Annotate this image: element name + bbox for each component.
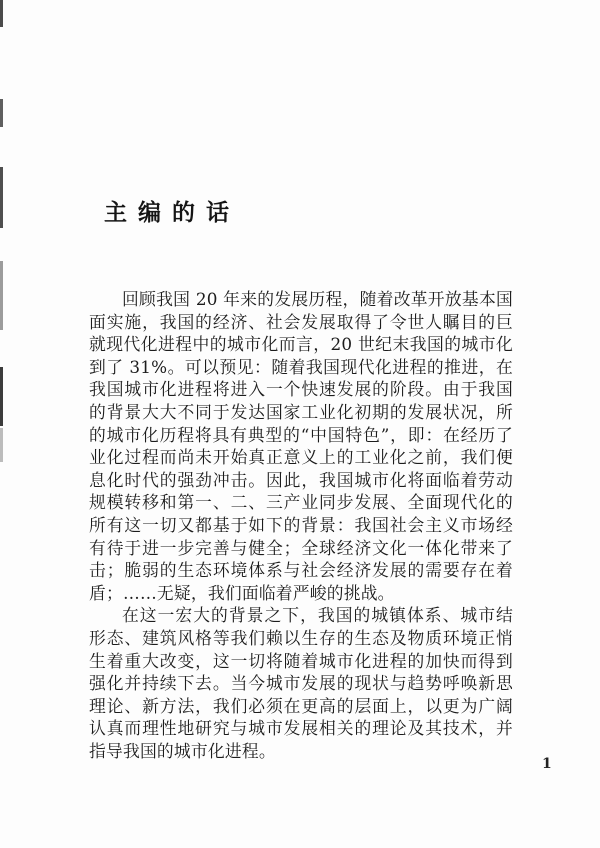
text-line: 有待于进一步完善与健全；全球经济文化一体化带来了巨大冲 [89, 537, 513, 560]
text-line: 我国城市化进程将进入一个快速发展的阶段。由于我国城市化 [89, 378, 513, 401]
text-line: 形态、建筑风格等我们赖以生存的生态及物质环境正悄然地发 [89, 627, 513, 650]
text-line: 回顾我国 20 年来的发展历程，随着改革开放基本国策的全 [89, 288, 513, 311]
text-line: 盾；……无疑，我们面临着严峻的挑战。 [89, 582, 513, 605]
page-number: 1 [542, 756, 552, 772]
text-line: 的背景大大不同于发达国家工业化初期的发展状况，所以，我国 [89, 401, 513, 424]
text-line: 面实施，我国的经济、社会发展取得了令世人瞩目的巨大成就， [89, 311, 513, 334]
scan-edge-artifact [0, 99, 3, 127]
text-line: 就现代化进程中的城市化而言，20 世纪末我国的城市化水平达 [89, 333, 513, 356]
text-line: 到了 31%。可以预见：随着我国现代化进程的推进，在 21 世纪 [89, 356, 513, 379]
text-line: 的城市化历程将具有典型的“中国特色”，即：在经历了漫长的农 [89, 424, 513, 447]
text-line: 在这一宏大的背景之下，我国的城镇体系、城市结构、空间 [89, 604, 513, 627]
text-line: 所有这一切又都基于如下的背景：我国社会主义市场经济体制 [89, 514, 513, 537]
text-line: 息化时代的强劲冲击。因此，我国城市化将面临着劳动力的大 [89, 469, 513, 492]
scan-edge-artifact [0, 261, 3, 330]
text-line: 强化并持续下去。当今城市发展的现状与趋势呼唤新思维、新 [89, 672, 513, 695]
scan-edge-artifact [0, 367, 3, 426]
scan-edge-artifact [0, 0, 3, 27]
text-line: 规模转移和第一、二、三产业同步发展、全面现代化的艰巨任务。 [89, 491, 513, 514]
text-line: 指导我国的城市化进程。 [89, 740, 513, 763]
text-line: 认真而理性地研究与城市发展相关的理论及其技术，并以此来 [89, 717, 513, 740]
text-line: 生着重大改变，这一切将随着城市化进程的加快而得到进一步 [89, 650, 513, 673]
scan-edge-artifact [0, 428, 3, 462]
scan-edge-artifact [0, 167, 3, 228]
text-line: 业化过程而尚未开始真正意义上的工业化之前，我们便面对信 [89, 446, 513, 469]
page-title: 主编的话 [104, 194, 240, 227]
scanned-book-page: 主编的话 回顾我国 20 年来的发展历程，随着改革开放基本国策的全面实施，我国的… [0, 0, 600, 848]
text-line: 理论、新方法，我们必须在更高的层面上，以更为广阔的视角去 [89, 695, 513, 718]
text-line: 击；脆弱的生态环境体系与社会经济发展的需要存在着巨大矛 [89, 559, 513, 582]
body-text: 回顾我国 20 年来的发展历程，随着改革开放基本国策的全面实施，我国的经济、社会… [89, 288, 513, 762]
